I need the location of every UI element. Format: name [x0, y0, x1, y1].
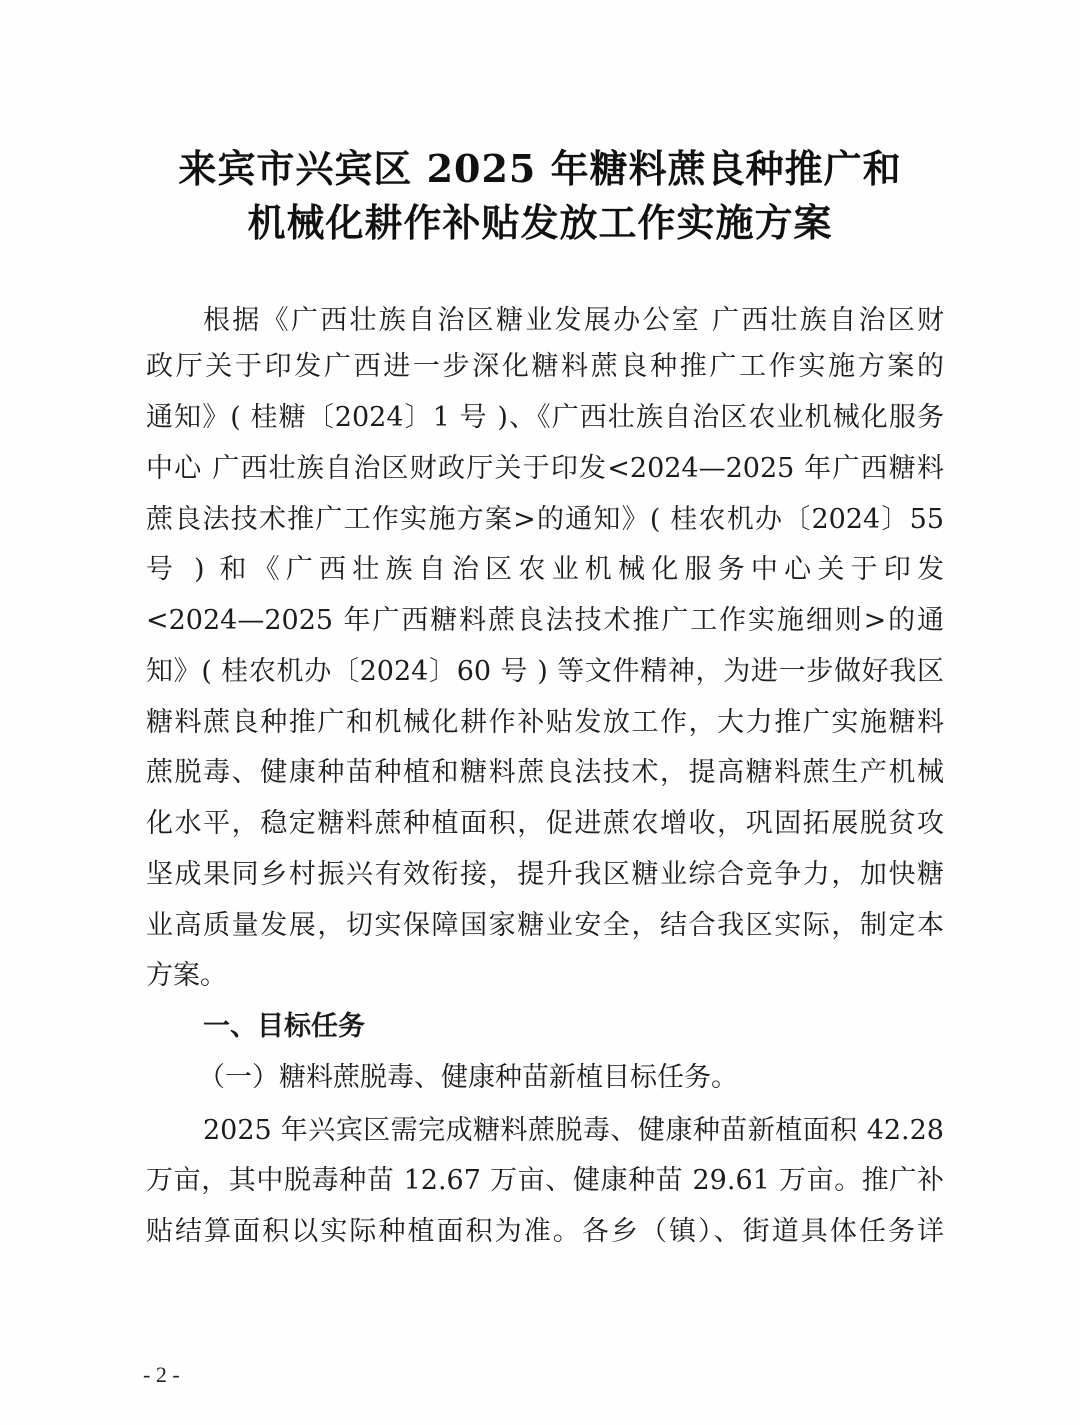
page-number: - 2 -	[143, 1362, 180, 1388]
paragraph-line: 业高质量发展，切实保障国家糖业安全，结合我区实际，制定本	[146, 903, 944, 949]
paragraph-line: 蔗脱毒、健康种苗种植和糖料蔗良法技术，提高糖料蔗生产机械	[146, 750, 944, 796]
paragraph-line: 坚成果同乡村振兴有效衔接，提升我区糖业综合竞争力，加快糖	[146, 852, 944, 898]
paragraph-line: 通知》( 桂糖〔2024〕1 号 )、《广西壮族自治区农业机械化服务	[146, 395, 944, 441]
paragraph-line: 方案。	[146, 953, 944, 999]
paragraph-line: 万亩，其中脱毒种苗 12.67 万亩、健康种苗 29.61 万亩。推广补	[146, 1158, 944, 1204]
paragraph-line: 2025 年兴宾区需完成糖料蔗脱毒、健康种苗新植面积 42.28	[203, 1108, 944, 1154]
document-title-line-1: 来宾市兴宾区 2025 年糖料蔗良种推广和	[0, 138, 1080, 193]
paragraph-line: 中心 广西壮族自治区财政厅关于印发<2024—2025 年广西糖料	[146, 446, 944, 492]
paragraph-line: 糖料蔗良种推广和机械化耕作补贴发放工作，大力推广实施糖料	[146, 700, 944, 746]
paragraph-line: 化水平，稳定糖料蔗种植面积，促进蔗农增收，巩固拓展脱贫攻	[146, 801, 944, 847]
document-page: 来宾市兴宾区 2025 年糖料蔗良种推广和 机械化耕作补贴发放工作实施方案 根据…	[0, 0, 1080, 1425]
subsection-heading: （一）糖料蔗脱毒、健康种苗新植目标任务。	[198, 1055, 738, 1101]
paragraph-line: 政厅关于印发广西进一步深化糖料蔗良种推广工作实施方案的	[146, 344, 944, 390]
paragraph-line: 贴结算面积以实际种植面积为准。各乡（镇）、街道具体任务详	[146, 1209, 944, 1255]
paragraph-line: 号 ) 和《广西壮族自治区农业机械化服务中心关于印发	[146, 547, 944, 593]
paragraph-line: 蔗良法技术推广工作实施方案>的通知》( 桂农机办〔2024〕55	[146, 497, 944, 543]
paragraph-line: 根据《广西壮族自治区糖业发展办公室 广西壮族自治区财	[203, 298, 944, 344]
paragraph-line: 知》( 桂农机办〔2024〕60 号 ) 等文件精神，为进一步做好我区	[146, 649, 944, 695]
document-title-line-2: 机械化耕作补贴发放工作实施方案	[0, 192, 1080, 247]
paragraph-line: <2024—2025 年广西糖料蔗良法技术推广工作实施细则>的通	[146, 598, 944, 644]
section-heading: 一、目标任务	[203, 1004, 365, 1050]
